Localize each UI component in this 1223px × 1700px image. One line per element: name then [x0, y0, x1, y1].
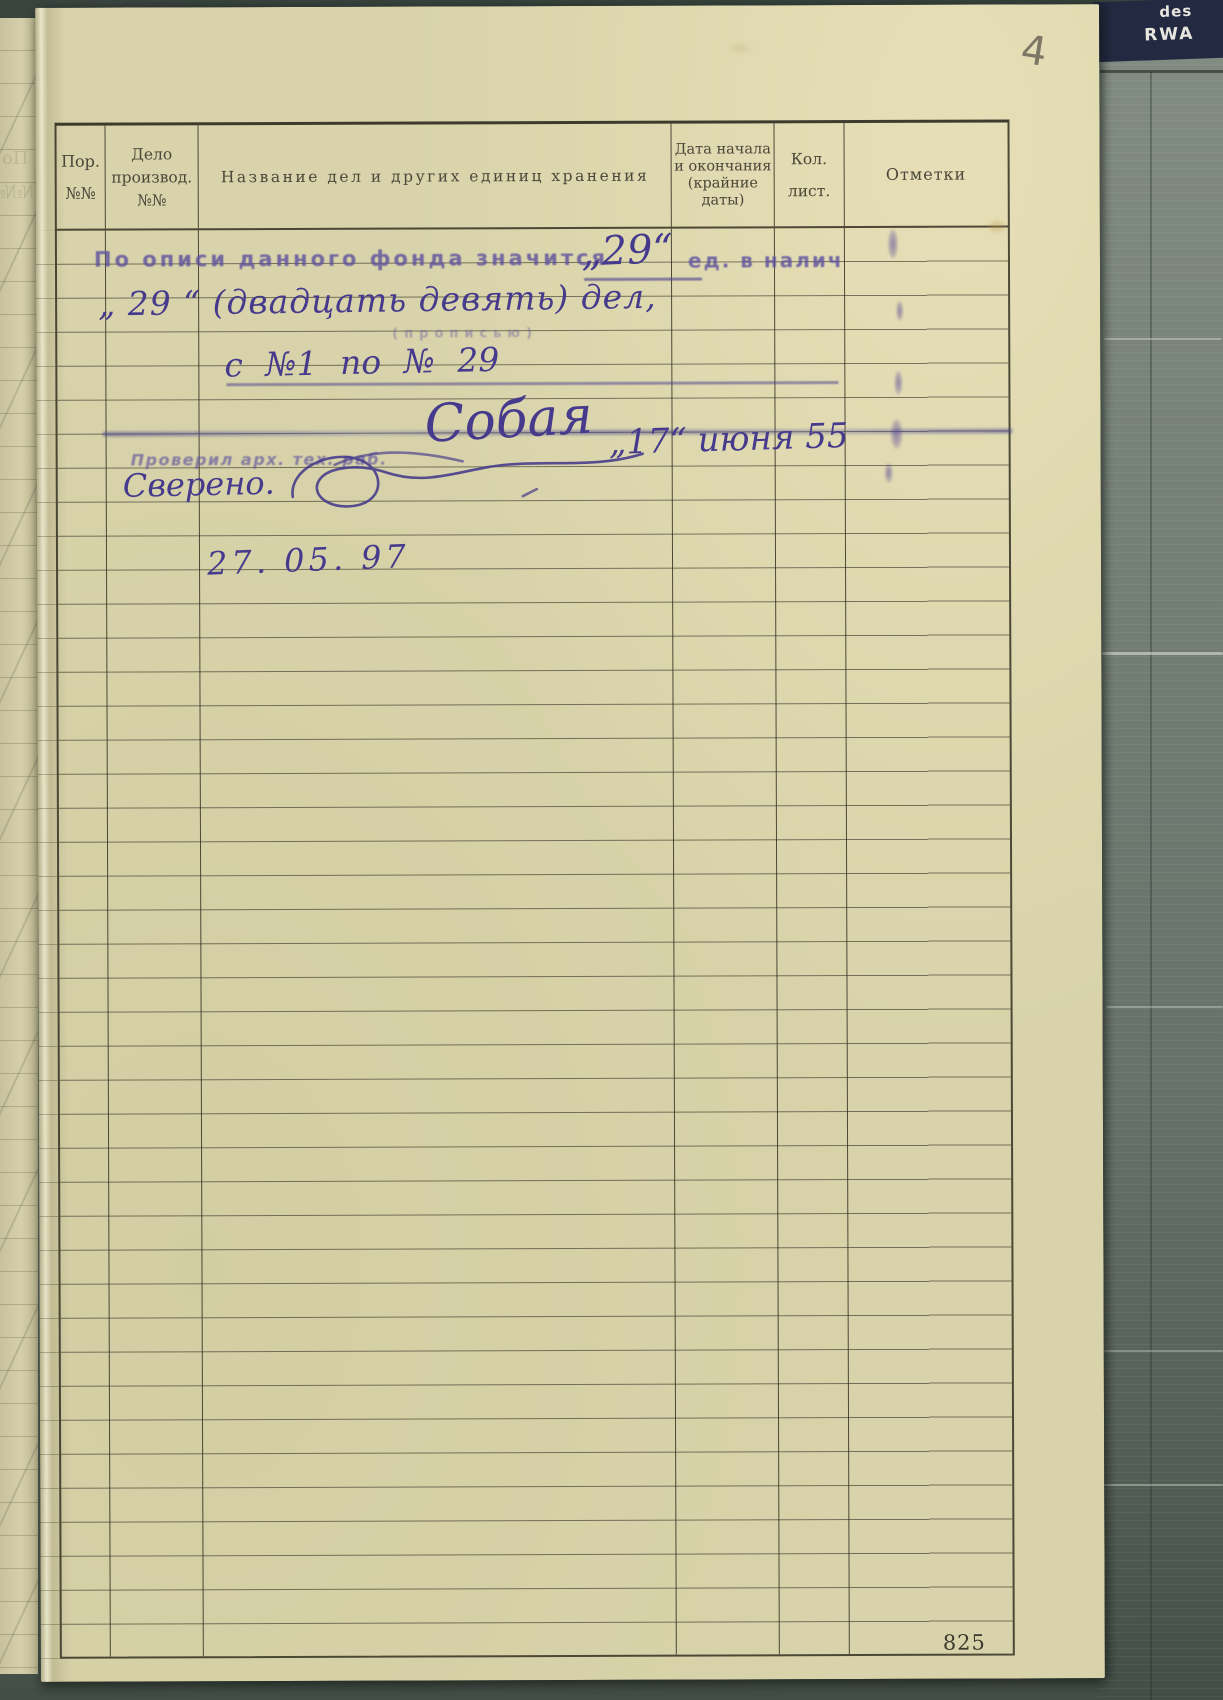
ink-blot: [896, 301, 903, 321]
header-line: и окончания: [674, 158, 771, 174]
table-column-file-number: [106, 230, 205, 1656]
table-column-serial: [57, 231, 111, 1657]
column-header-notes: Отметки: [844, 122, 1008, 226]
header-line: Кол.: [791, 150, 827, 168]
fabric-seam-line: [1150, 72, 1152, 1700]
handwritten-number-range: с №1 по № 29: [224, 340, 500, 385]
ink-blot: [885, 463, 893, 483]
propisyu-stamp: (прописью): [392, 326, 538, 342]
label-text-fragment: RWA: [1144, 24, 1195, 46]
underlying-page-edge: По №№: [0, 18, 38, 1674]
header-line: Дата начала: [675, 141, 771, 157]
header-line: Отметки: [886, 165, 966, 184]
ink-blot: [888, 229, 898, 259]
header-line: №№: [65, 184, 95, 203]
header-line: даты): [702, 192, 745, 208]
column-header-file-number: Дело производ. №№: [105, 125, 199, 228]
fabric-scratch: [1104, 1350, 1223, 1352]
fabric-scratch: [1106, 1006, 1223, 1008]
handwritten-count-in-words: „ 29 “ (двадцать девять) дел,: [98, 277, 657, 324]
fabric-scratch: [1104, 338, 1222, 340]
header-line: Название дел и других единиц хранения: [221, 166, 649, 185]
handwritten-count-numeral: „29“: [580, 226, 674, 276]
fabric-scratch: [1102, 652, 1223, 655]
verification-date: 27. 05. 97: [206, 537, 410, 583]
backing-fabric-texture: [1098, 0, 1223, 1700]
showthrough-text: По: [2, 148, 29, 169]
header-line: (крайние: [688, 175, 758, 191]
paper-stain: [986, 218, 1008, 234]
signature-flourish: [271, 442, 661, 527]
fabric-shadow-line: [1100, 70, 1223, 73]
archive-box-label: des RWA: [1093, 0, 1223, 62]
verified-label: Сверено.: [122, 464, 275, 505]
header-line: производ.: [111, 168, 192, 186]
column-header-sheet-count: Кол. лист.: [774, 123, 844, 226]
header-line: Дело: [131, 145, 172, 163]
holdings-stamp-text: По описи данного фонда значится: [94, 246, 608, 272]
column-header-title: Название дел и других единиц хранения: [199, 124, 672, 229]
fabric-scratch: [1104, 1484, 1223, 1486]
column-header-serial-number: Пор. №№: [56, 126, 105, 229]
table-column-notes: [845, 227, 1013, 1654]
scanned-archive-page: des RWA По №№ Пор. №№ Дело производ. №№ …: [0, 0, 1223, 1700]
paper-stain: [725, 41, 753, 55]
printed-page-number: 825: [943, 1631, 986, 1655]
column-header-dates: Дата начала и окончания (крайние даты): [672, 123, 775, 226]
header-line: Пор.: [61, 152, 100, 171]
ink-blot: [891, 419, 903, 449]
holdings-stamp-text-end: ед. в налич: [688, 248, 844, 273]
table-header-row: Пор. №№ Дело производ. №№ Название дел и…: [54, 119, 1009, 230]
label-text-fragment: des: [1159, 2, 1192, 21]
inventory-page: Пор. №№ Дело производ. №№ Название дел и…: [35, 4, 1105, 1682]
showthrough-text: №№: [0, 182, 34, 203]
pencil-folio-number: 4: [1018, 27, 1050, 76]
header-line: лист.: [788, 182, 830, 200]
header-line: №№: [137, 191, 166, 209]
ink-blot: [894, 371, 902, 395]
